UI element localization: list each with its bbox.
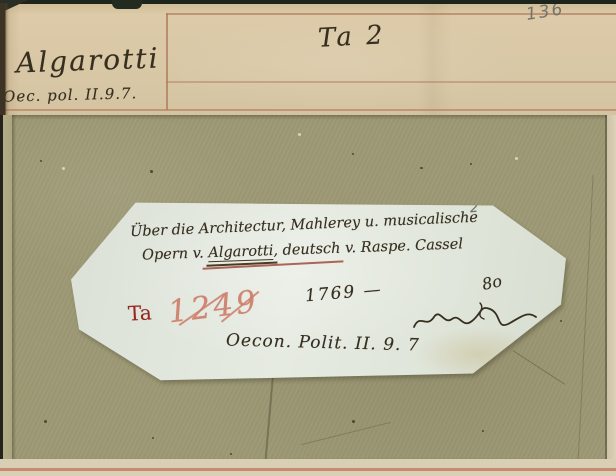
board-edge-shadow: [12, 115, 16, 459]
label-old-shelfmark-prefix: Ta: [127, 300, 152, 325]
speck: [298, 133, 301, 136]
speck: [515, 157, 518, 160]
speck: [152, 437, 154, 439]
label-line2-post: , deutsch v. Raspe. Cassel: [273, 236, 463, 259]
header-shelfmark: Oec. pol. II.9.7.: [3, 84, 138, 106]
label-title-line-1: Über die Architectur, Mahlerey u. musica…: [130, 210, 478, 241]
scanned-catalog-page: Algarotti Oec. pol. II.9.7. Ta 2 136 2: [0, 0, 616, 476]
speck: [352, 420, 355, 423]
label-format-mark: 8o: [480, 271, 503, 294]
label-author-underlined: Algarotti: [208, 243, 274, 262]
crease-line: [301, 422, 391, 445]
speck: [40, 160, 42, 162]
speck: [62, 167, 65, 170]
header-card: Algarotti Oec. pol. II.9.7. Ta 2 136: [0, 0, 616, 115]
author-heading: Algarotti: [15, 42, 160, 80]
speck: [482, 430, 484, 432]
backing-sheet-right: [607, 115, 616, 459]
ruled-line-middle: [166, 81, 616, 83]
signature-paraph-icon: [410, 301, 540, 339]
crease-line: [264, 377, 274, 465]
board-edge-light: [3, 115, 12, 459]
label-year: 1769 —: [304, 280, 383, 307]
crease-line: [577, 175, 593, 465]
label-old-shelfmark-number: 1249: [166, 284, 261, 331]
ruled-line-vertical: [166, 13, 168, 110]
scan-edge-notch: [112, 0, 142, 9]
backing-sheet-rule: [0, 468, 616, 471]
ruled-line-bottom: [0, 109, 616, 111]
series-heading: Ta 2: [317, 20, 386, 53]
speck: [44, 420, 47, 423]
speck: [352, 153, 354, 155]
label-line2-pre: Opern v.: [142, 245, 209, 263]
speck: [420, 167, 423, 169]
label-title-line-2: Opern v. Algarotti, deutsch v. Raspe. Ca…: [142, 236, 463, 263]
catalog-label: 2 Über die Architectur, Mahlerey u. musi…: [68, 195, 568, 387]
scan-edge-top: [0, 0, 616, 4]
label-bottom-shelfmark: Oecon. Polit. II. 9. 7: [226, 330, 420, 355]
speck: [150, 170, 153, 173]
speck: [230, 453, 232, 455]
scan-edge-left: [0, 3, 10, 115]
catalog-label-wrap: 2 Über die Architectur, Mahlerey u. musi…: [68, 195, 568, 387]
speck: [470, 163, 472, 165]
